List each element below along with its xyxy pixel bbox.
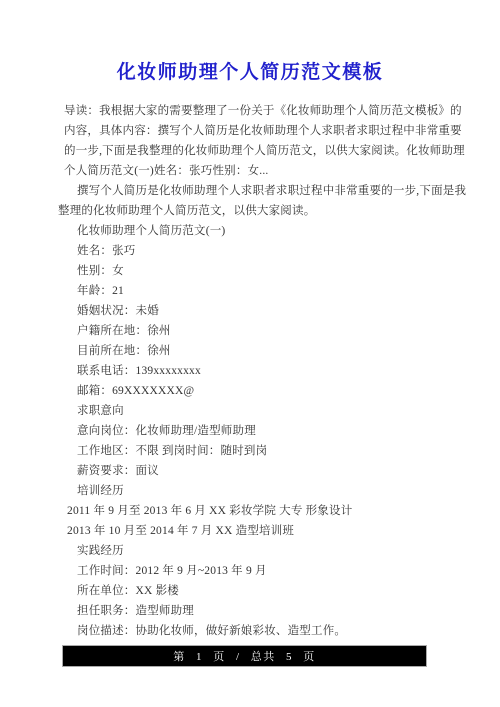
document-line: 姓名：张巧 — [62, 241, 440, 261]
document-line: 户籍所在地：徐州 — [62, 321, 440, 341]
document-line: 整理的化妆师助理个人简历范文，以供大家阅读。 — [58, 201, 440, 221]
document-line: 意向岗位：化妆师助理/造型师助理 — [62, 421, 440, 441]
document-line: 工作地区：不限 到岗时间：随时到岗 — [62, 441, 440, 461]
document-line: 2013 年 10 月至 2014 年 7 月 XX 造型培训班 — [62, 521, 440, 541]
document-line: 实践经历 — [62, 541, 440, 561]
document-line: 化妆师助理个人简历范文(一) — [62, 221, 440, 241]
document-line: 邮箱：69XXXXXXX@ — [62, 381, 440, 401]
document-line: 的一步,下面是我整理的化妆师助理个人简历范文，以供大家阅读。化妆师助理 — [62, 141, 440, 161]
document-line: 撰写个人简历是化妆师助理个人求职者求职过程中非常重要的一步,下面是我 — [62, 181, 440, 201]
document-line: 导读：我根据大家的需要整理了一份关于《化妆师助理个人简历范文模板》的 — [62, 101, 440, 121]
document-body: 导读：我根据大家的需要整理了一份关于《化妆师助理个人简历范文模板》的内容，具体内… — [62, 101, 440, 641]
document-page: 化妆师助理个人简历范文模板 导读：我根据大家的需要整理了一份关于《化妆师助理个人… — [0, 0, 500, 707]
document-line: 婚姻状况：未婚 — [62, 301, 440, 321]
document-line: 年龄：21 — [62, 281, 440, 301]
document-line: 内容，具体内容：撰写个人简历是化妆师助理个人求职者求职过程中非常重要 — [62, 121, 440, 141]
document-line: 性别：女 — [62, 261, 440, 281]
document-line: 个人简历范文(一)姓名：张巧性别：女... — [62, 161, 440, 181]
page-title: 化妆师助理个人简历范文模板 — [0, 57, 500, 84]
document-line: 2011 年 9 月至 2013 年 6 月 XX 彩妆学院 大专 形象设计 — [62, 501, 440, 521]
document-line: 所在单位：XX 影楼 — [62, 581, 440, 601]
document-line: 担任职务：造型师助理 — [62, 601, 440, 621]
document-line: 薪资要求：面议 — [62, 461, 440, 481]
document-line: 联系电话：139xxxxxxxx — [62, 361, 440, 381]
document-line: 目前所在地：徐州 — [62, 341, 440, 361]
document-line: 工作时间：2012 年 9 月~2013 年 9 月 — [62, 561, 440, 581]
page-indicator-bar: 第 1 页 / 总共 5 页 — [62, 645, 427, 667]
document-line: 求职意向 — [62, 401, 440, 421]
document-line: 岗位描述：协助化妆师，做好新娘彩妆、造型工作。 — [62, 621, 440, 641]
document-line: 培训经历 — [62, 481, 440, 501]
page-indicator-text: 第 1 页 / 总共 5 页 — [173, 648, 316, 664]
